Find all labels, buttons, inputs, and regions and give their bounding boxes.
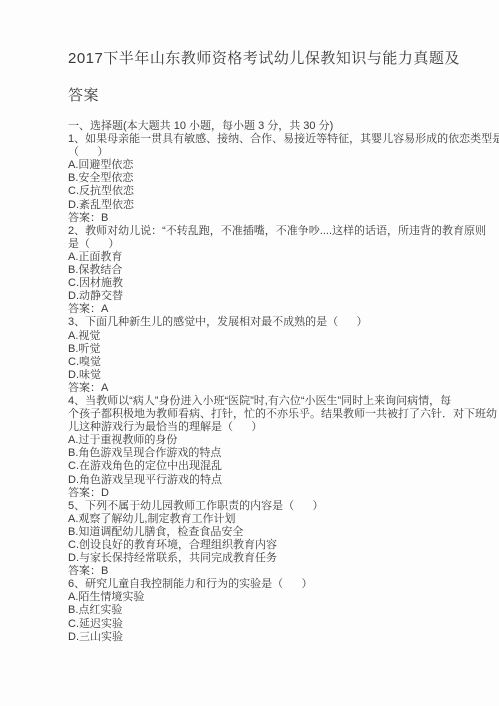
questions-list: 1、如果母亲能一贯具有敏感、接纳、合作、易接近等特征，其婴儿容易形成的依恋类型是…: [68, 133, 459, 644]
question-stem-line: （ ）: [68, 146, 459, 159]
question-stem-line: 个孩子都积极地为教师看病、打针，忙的不亦乐乎。结果教师一共被打了六针．对下班幼: [68, 408, 459, 421]
question-option: B.角色游戏呈现合作游戏的特点: [68, 447, 459, 460]
question-option: A.过于重视教师的身份: [68, 434, 459, 447]
question-option: A.正面教育: [68, 251, 459, 264]
question-option: B.知道调配幼儿膳食，检查食品安全: [68, 526, 459, 539]
title-line-1: 2017下半年山东教师资格考试幼儿保教知识与能力真题及: [68, 40, 459, 77]
question-option: C.在游戏角色的定位中出现混乱: [68, 460, 459, 473]
question-stem-line: 6、研究儿童自我控制能力和行为的实验是（ ）: [68, 578, 459, 591]
question-stem-line: 儿这种游戏行为最恰当的理解是（ ）: [68, 421, 459, 434]
question-stem-line: 是（ ）: [68, 238, 459, 251]
question-option: B.保教结合: [68, 264, 459, 277]
question-option: D.紊乱型依恋: [68, 199, 459, 212]
question-option: A.视觉: [68, 330, 459, 343]
question-stem-line: 2、教师对幼儿说：“不转乱跑，不准插嘴，不准争吵....这样的话语，所违背的教育…: [68, 225, 459, 238]
question-option: C.因材施教: [68, 277, 459, 290]
question-option: C.嗅觉: [68, 356, 459, 369]
question-option: D.味觉: [68, 369, 459, 382]
question-stem-line: 3、下面几种新生儿的感觉中，发展相对最不成熟的是（ ）: [68, 316, 459, 329]
answer-line: 答案：D: [68, 487, 459, 500]
answer-line: 答案：B: [68, 565, 459, 578]
page-title: 2017下半年山东教师资格考试幼儿保教知识与能力真题及 答案: [68, 40, 459, 114]
question-option: D.角色游戏呈现平行游戏的特点: [68, 474, 459, 487]
question-block-3: 3、下面几种新生儿的感觉中，发展相对最不成熟的是（ ）A.视觉B.听觉C.嗅觉D…: [68, 316, 459, 395]
question-block-1: 1、如果母亲能一贯具有敏感、接纳、合作、易接近等特征，其婴儿容易形成的依恋类型是…: [68, 133, 459, 225]
question-option: A.观察了解幼儿,制定教育工作计划: [68, 513, 459, 526]
question-option: D.与家长保持经常联系，共同完成教育任务: [68, 552, 459, 565]
question-stem-line: 4、当教师以“病人”身份进入小班“医院”时,有六位“小医生”同时上来询问病情，每: [68, 395, 459, 408]
answer-line: 答案：A: [68, 303, 459, 316]
question-option: A.回避型依恋: [68, 159, 459, 172]
question-option: D.动静交替: [68, 290, 459, 303]
question-option: C.延迟实验: [68, 618, 459, 631]
question-option: B.点红实验: [68, 604, 459, 617]
answer-line: 答案：B: [68, 212, 459, 225]
question-option: B.安全型依恋: [68, 172, 459, 185]
question-block-6: 6、研究儿童自我控制能力和行为的实验是（ ）A.陌生情境实验B.点红实验C.延迟…: [68, 578, 459, 643]
question-block-5: 5、下列不属于幼儿园教师工作职责的内容是（ ）A.观察了解幼儿,制定教育工作计划…: [68, 500, 459, 579]
question-option: A.陌生情境实验: [68, 591, 459, 604]
section-heading: 一、选择题(本大题共 10 小题，每小题 3 分，共 30 分): [68, 120, 459, 133]
title-line-2: 答案: [68, 77, 459, 114]
question-option: B.听觉: [68, 343, 459, 356]
question-block-2: 2、教师对幼儿说：“不转乱跑，不准插嘴，不准争吵....这样的话语，所违背的教育…: [68, 225, 459, 317]
document-page: 2017下半年山东教师资格考试幼儿保教知识与能力真题及 答案 一、选择题(本大题…: [0, 0, 499, 706]
question-option: D.三山实验: [68, 631, 459, 644]
document-content: 2017下半年山东教师资格考试幼儿保教知识与能力真题及 答案 一、选择题(本大题…: [0, 0, 499, 644]
question-option: C.反抗型依恋: [68, 185, 459, 198]
question-stem-line: 5、下列不属于幼儿园教师工作职责的内容是（ ）: [68, 500, 459, 513]
question-option: C.创设良好的教育环境，合理组织教育内容: [68, 539, 459, 552]
question-stem-line: 1、如果母亲能一贯具有敏感、接纳、合作、易接近等特征，其婴儿容易形成的依恋类型是: [68, 133, 459, 146]
question-block-4: 4、当教师以“病人”身份进入小班“医院”时,有六位“小医生”同时上来询问病情，每…: [68, 395, 459, 500]
answer-line: 答案：A: [68, 382, 459, 395]
